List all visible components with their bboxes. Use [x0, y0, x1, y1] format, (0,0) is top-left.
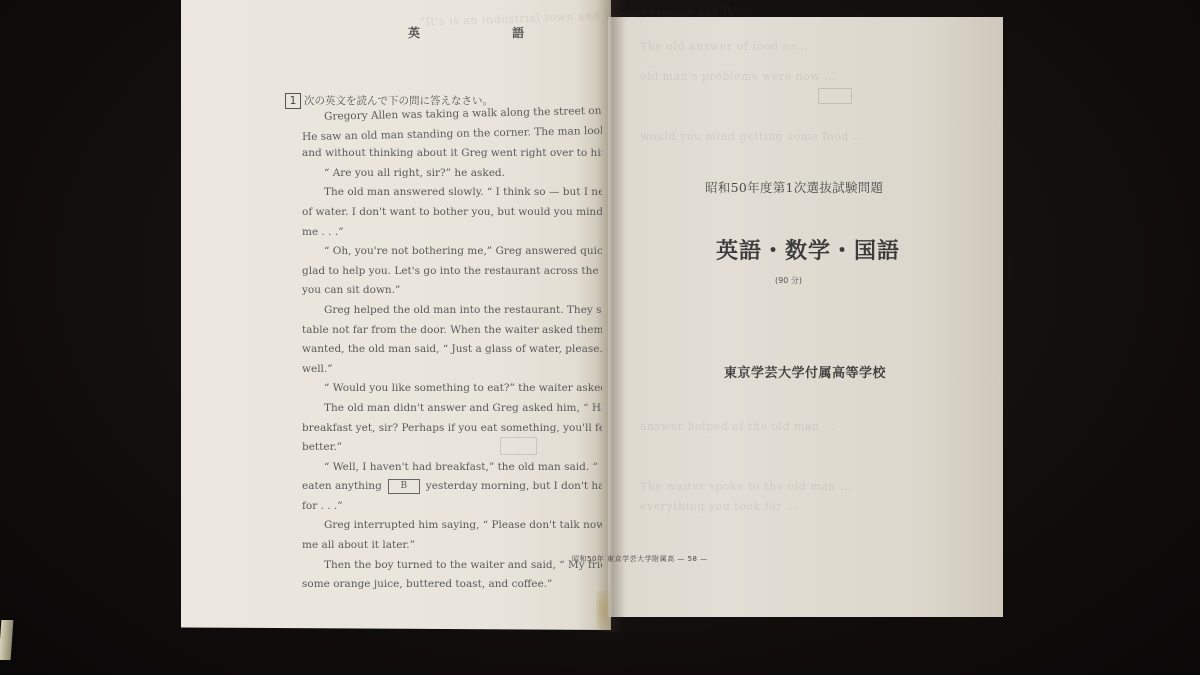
passage-text: “ Are you all right, sir?” he asked.	[324, 167, 505, 179]
passage-text: Then the boy turned to the waiter and sa…	[324, 559, 602, 571]
passage-line: Greg interrupted him saying, “ Please do…	[302, 516, 602, 536]
passage-text: for . . .”	[302, 500, 343, 512]
show-through-text	[200, 45, 204, 58]
passage-text: Greg interrupted him saying, “ Please do…	[324, 519, 602, 531]
passage-text: of water. I don't want to bother you, bu…	[302, 206, 602, 218]
show-through-text: old man's problems were now ...	[640, 70, 836, 83]
passage-line: The old man answered slowly. “ I think s…	[302, 183, 602, 203]
adjacent-page-edge	[0, 620, 13, 660]
passage-text: “ Would you like something to eat?” the …	[324, 382, 602, 394]
passage-text: me . . .”	[302, 226, 344, 238]
passage-line: better.”	[302, 438, 602, 458]
passage-line: me all about it later.”	[302, 536, 602, 556]
passage-line: well.”	[302, 360, 602, 380]
subject-heading: 英 語	[408, 24, 568, 41]
passage-line: and without thinking about it Greg went …	[302, 144, 602, 164]
paper-stain	[596, 590, 610, 630]
show-through-text: The old answer of food so...	[640, 40, 808, 53]
passage-line: Then the boy turned to the waiter and sa…	[302, 556, 602, 576]
passage-line: The old man didn't answer and Greg asked…	[302, 399, 602, 419]
passage-text: table not far from the door. When the wa…	[302, 324, 602, 336]
passage-text: glad to help you. Let's go into the rest…	[302, 265, 602, 277]
right-page	[608, 17, 1003, 617]
exam-duration: (90 分)	[775, 275, 802, 286]
passage-text: some orange juice, buttered toast, and c…	[302, 578, 552, 590]
show-through-text: would you mind getting some food ...	[640, 130, 865, 143]
question-number: 1	[285, 93, 301, 109]
show-through-box	[818, 88, 852, 104]
show-through-text: answer helped of the old man ...	[640, 420, 836, 433]
passage-text: breakfast yet, sir? Perhaps if you eat s…	[302, 422, 602, 434]
passage-text: The old man answered slowly. “ I think s…	[324, 186, 602, 198]
passage-line: “ Would you like something to eat?” the …	[302, 379, 602, 399]
school-name: 東京学芸大学付属高等学校	[724, 362, 886, 381]
passage-text: The old man didn't answer and Greg asked…	[324, 402, 602, 414]
page-footer: 昭和50年 東京学芸大学附属高 — 58 —	[572, 554, 708, 564]
passage-text: Greg helped the old man into the restaur…	[324, 304, 602, 316]
exam-subjects: 英語・数学・国語	[716, 234, 900, 265]
passage-line: me . . .”	[302, 223, 602, 243]
passage-line: eaten anythingByesterday morning, but I …	[302, 477, 602, 497]
passage-line: “ Oh, you're not bothering me,” Greg ans…	[302, 242, 602, 262]
passage-text: well.”	[302, 363, 333, 375]
passage-line: table not far from the door. When the wa…	[302, 321, 602, 341]
passage-text: yesterday morning, but I don't have any …	[426, 480, 602, 492]
passage-text: you can sit down.”	[302, 284, 400, 296]
passage-line: you can sit down.”	[302, 281, 602, 301]
passage-text: and without thinking about it Greg went …	[302, 147, 602, 159]
passage-line: “ Well, I haven't had breakfast,” the ol…	[302, 458, 602, 478]
passage-text: “ Well, I haven't had breakfast,” the ol…	[324, 461, 602, 473]
passage-line: Greg helped the old man into the restaur…	[302, 301, 602, 321]
passage-text: better.”	[302, 441, 342, 453]
reading-passage: Gregory Allen was taking a walk along th…	[302, 105, 602, 595]
passage-line: breakfast yet, sir? Perhaps if you eat s…	[302, 419, 602, 439]
show-through-text: The waiter spoke to the old man ...	[640, 480, 852, 493]
answer-blank-b: B	[388, 479, 420, 494]
passage-text: me all about it later.”	[302, 539, 415, 551]
passage-line: “ Are you all right, sir?” he asked.	[302, 164, 602, 184]
passage-text: “ Oh, you're not bothering me,” Greg ans…	[324, 245, 602, 257]
passage-line: for . . .”	[302, 497, 602, 517]
passage-text: wanted, the old man said, “ Just a glass…	[302, 343, 602, 355]
passage-text: eaten anything	[302, 480, 382, 492]
passage-text: Gregory Allen was taking a walk along th…	[324, 103, 602, 123]
show-through-text: everything you took for ...	[640, 500, 798, 513]
passage-line: some orange juice, buttered toast, and c…	[302, 575, 602, 595]
passage-line: of water. I don't want to bother you, bu…	[302, 203, 602, 223]
exam-title: 昭和50年度第1次選抜試験問題	[705, 178, 883, 196]
passage-line: glad to help you. Let's go into the rest…	[302, 262, 602, 282]
passage-line: wanted, the old man said, “ Just a glass…	[302, 340, 602, 360]
